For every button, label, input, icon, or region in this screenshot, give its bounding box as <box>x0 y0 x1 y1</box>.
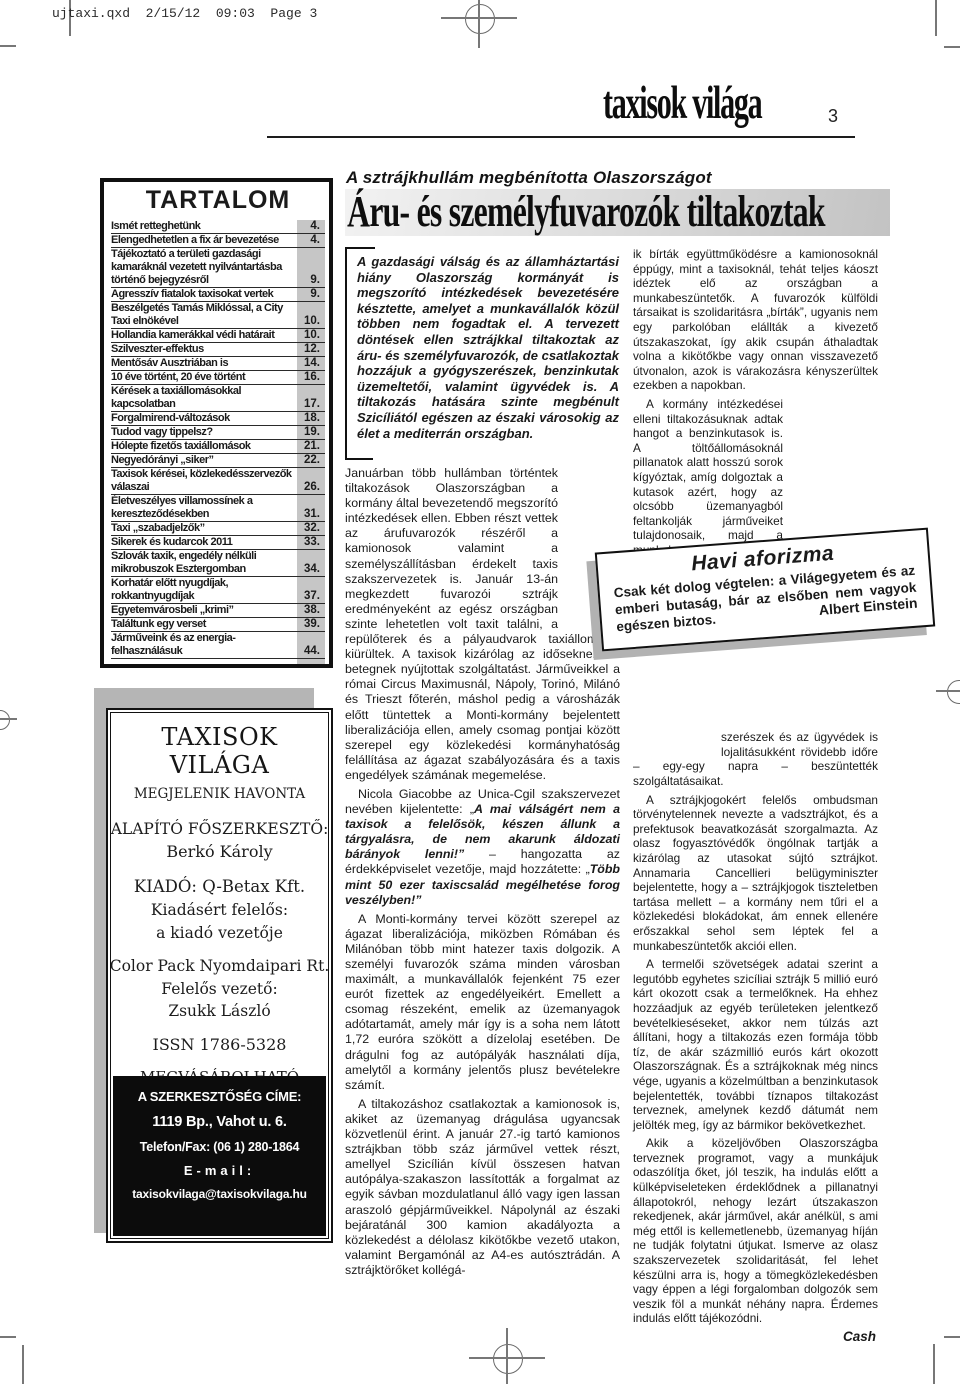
toc-entry: Tájékoztató a területi gazdasági kamarák… <box>111 248 325 288</box>
toc-entry: Szilveszter-effektus12. <box>111 343 325 357</box>
toc-entry-page: 34. <box>297 563 325 576</box>
toc-entry-page: 44. <box>297 645 325 658</box>
paragraph: ik bírták együttműködésre a kamionosokná… <box>633 247 878 393</box>
text-wrap-spacer <box>633 715 845 730</box>
toc-entry-page: 37. <box>297 590 325 603</box>
toc-entry: Életveszélyes villamossínek a keresztező… <box>111 495 325 522</box>
toc-entry-label: Kérések a taxiállomásokkal kapcsolatban <box>111 385 297 411</box>
author-signature: Cash <box>633 1330 878 1345</box>
paragraph: A tiltakozáshoz csatlakoztak a kamionoso… <box>345 1097 620 1278</box>
registration-mark <box>506 1328 508 1384</box>
masthead-line: MEGJELENIK HAVONTA <box>108 785 331 805</box>
registration-mark <box>947 680 960 704</box>
toc-entry-label: Elengedhetetlen a fix ár bevezetése <box>111 234 297 247</box>
table-of-contents: TARTALOM Ismét retteghetünk4.Elengedhete… <box>100 178 333 668</box>
toc-entry-label: Negyedórányi „siker” <box>111 454 297 467</box>
toc-entry-page: 16. <box>297 371 325 384</box>
toc-entry-label: Ismét retteghetünk <box>111 220 297 233</box>
registration-mark <box>0 710 10 730</box>
toc-entry: Ismét retteghetünk4. <box>111 220 325 234</box>
crop-mark <box>0 45 16 47</box>
print-filename-header: ujtaxi.qxd 2/15/12 09:03 Page 3 <box>52 6 317 21</box>
toc-entry-label: Szlovák taxik, engedély nélküli mikrobus… <box>111 550 297 576</box>
toc-entry: Hólepte fizetős taxiállomások21. <box>111 440 325 454</box>
masthead-line: ISSN 1786-5328 <box>108 1033 331 1056</box>
toc-entry: Kérések a taxiállomásokkal kapcsolatban1… <box>111 385 325 412</box>
toc-entry-page: 10. <box>297 329 325 342</box>
toc-entry-label: Forgalmirend-változások <box>111 412 297 425</box>
toc-list: Ismét retteghetünk4.Elengedhetetlen a fi… <box>111 220 325 659</box>
registration-mark <box>478 0 480 48</box>
registration-mark <box>493 1344 523 1374</box>
toc-entry: Szlovák taxik, engedély nélküli mikrobus… <box>111 550 325 577</box>
toc-entry-label: Tájékoztató a területi gazdasági kamarák… <box>111 248 297 287</box>
magazine-page-scan: ujtaxi.qxd 2/15/12 09:03 Page 3 taxisok … <box>0 0 960 1384</box>
masthead-line: KIADÓ: Q-Betax Kft. <box>108 875 331 899</box>
address-line: E-mail: <box>113 1159 326 1183</box>
header-rule <box>267 136 855 138</box>
toc-entry: Forgalmirend-változások18. <box>111 412 325 426</box>
masthead-title: TAXISOK VILÁGA <box>110 723 329 779</box>
toc-entry: Beszélgetés Tamás Miklóssal, a City Taxi… <box>111 302 325 329</box>
crop-mark <box>933 1344 935 1384</box>
toc-entry-page: 19. <box>297 426 325 439</box>
toc-entry-label: Találtunk egy verset <box>111 618 297 631</box>
toc-entry-page: 12. <box>297 343 325 356</box>
toc-entry-label: Hólepte fizetős taxiállomások <box>111 440 297 453</box>
toc-entry-label: Szilveszter-effektus <box>111 343 297 356</box>
toc-entry: Járműveink és az energia-felhasználásuk4… <box>111 632 325 659</box>
paragraph: Januárban több hullámban történtek tilta… <box>345 466 620 783</box>
article-headline: Áru- és személyfuvarozók tiltakoztak <box>345 189 825 235</box>
toc-entry-label: 10 éve történt, 20 éve történt <box>111 371 297 384</box>
toc-entry: Korhatár előtt nyugdíjak, rokkantnyugdíj… <box>111 577 325 604</box>
toc-entry-label: Sikerek és kudarcok 2011 <box>111 536 297 549</box>
toc-entry-page: 32. <box>297 522 325 535</box>
toc-entry-page: 33. <box>297 536 325 549</box>
toc-title: TARTALOM <box>111 186 325 215</box>
registration-mark <box>0 718 17 720</box>
masthead-line: Berkó Károly <box>108 840 331 863</box>
toc-entry-label: Életveszélyes villamossínek a keresztező… <box>111 495 297 521</box>
crop-mark <box>935 0 937 36</box>
editorial-address-box: A SZERKESZTŐSÉG CÍME:1119 Bp., Vahot u. … <box>113 1076 326 1236</box>
paragraph: Akik a közeljövőben Olaszországba tervez… <box>633 1136 878 1326</box>
toc-entry-page: 10. <box>297 315 325 328</box>
masthead-line: a kiadó vezetője <box>108 922 331 944</box>
address-line: Telefon/Fax: (06 1) 280-1864 <box>113 1136 326 1159</box>
toc-entry-label: Agresszív fiatalok taxisokat vertek <box>111 288 297 301</box>
toc-entry-label: Beszélgetés Tamás Miklóssal, a City Taxi… <box>111 302 297 328</box>
toc-entry: Agresszív fiatalok taxisokat vertek9. <box>111 288 325 302</box>
headline-band: Áru- és személyfuvarozók tiltakoztak <box>345 189 890 236</box>
toc-entry: Elengedhetetlen a fix ár bevezetése4. <box>111 234 325 248</box>
toc-entry: Egyetemvárosbeli „krimi”38. <box>111 604 325 618</box>
toc-entry-label: Taxisok kérései, közlekedésszervezők vál… <box>111 468 297 494</box>
masthead-line: Kiadásért felelős: <box>108 899 331 921</box>
masthead-line: Color Pack Nyomdaipari Rt. <box>108 955 331 977</box>
toc-entry: Taxi „szabadjelzők”32. <box>111 522 325 536</box>
toc-entry: Találtunk egy verset39. <box>111 618 325 632</box>
masthead-box: TAXISOK VILÁGA MEGJELENIK HAVONTAALAPÍTÓ… <box>106 708 333 1243</box>
article-kicker: A sztrájkhullám megbénította Olaszország… <box>346 168 712 188</box>
crop-mark <box>944 46 960 48</box>
address-line: A SZERKESZTŐSÉG CÍME: <box>113 1085 326 1109</box>
masthead-line: Felelős vezető: <box>108 978 331 1000</box>
toc-entry-page: 39. <box>297 618 325 631</box>
toc-entry-page: 14. <box>297 357 325 370</box>
toc-entry-label: Hollandia kamerákkal védi határait <box>111 329 297 342</box>
article-column-2: ik bírták együttműködésre a kamionosokná… <box>633 247 878 1345</box>
toc-entry-label: Mentősáv Ausztriában is <box>111 357 297 370</box>
crop-mark <box>944 1336 960 1338</box>
crop-mark <box>22 1345 24 1384</box>
paragraph: Nicola Giacobbe az Unica-Cgil szakszerve… <box>345 787 620 908</box>
toc-entry-label: Taxi „szabadjelzők” <box>111 522 297 535</box>
toc-entry-page: 17. <box>297 398 325 411</box>
toc-entry: 10 éve történt, 20 éve történt16. <box>111 371 325 385</box>
toc-entry-page: 18. <box>297 412 325 425</box>
address-line: taxisokvilaga@taxisokvilaga.hu <box>113 1183 326 1205</box>
paragraph: szerészek és az ügyvédek is lojalitásukk… <box>633 715 878 788</box>
toc-entry-label: Tudod vagy tippelsz? <box>111 426 297 439</box>
address-line: 1119 Bp., Vahot u. 6. <box>113 1109 326 1136</box>
paragraph: A termelői szövetségek adatai szerint a … <box>633 957 878 1132</box>
paragraph: A Monti-kormány tervei között szerepel a… <box>345 912 620 1093</box>
magazine-logo: taxisok világa <box>603 78 761 128</box>
registration-mark <box>465 4 495 34</box>
toc-entry-page: 26. <box>297 481 325 494</box>
toc-entry-label: Egyetemvárosbeli „krimi” <box>111 604 297 617</box>
toc-entry-label: Korhatár előtt nyugdíjak, rokkantnyugdíj… <box>111 577 297 603</box>
toc-entry-page: 31. <box>297 508 325 521</box>
masthead-line: ALAPÍTÓ FŐSZERKESZTŐ: <box>108 818 331 840</box>
crop-mark <box>0 1336 16 1338</box>
toc-entry: Mentősáv Ausztriában is14. <box>111 357 325 371</box>
text-wrap-spacer <box>633 730 721 745</box>
toc-entry-label: Járműveink és az energia-felhasználásuk <box>111 632 297 658</box>
toc-entry: Tudod vagy tippelsz?19. <box>111 426 325 440</box>
toc-entry-page: 22. <box>297 454 325 467</box>
paragraph: A sztrájkjogokért felelős ombudsman törv… <box>633 793 878 954</box>
article-lead: A gazdasági válság és az államháztartási… <box>345 247 621 460</box>
toc-entry: Hollandia kamerákkal védi határait10. <box>111 329 325 343</box>
toc-entry-page: 38. <box>297 604 325 617</box>
page-number: 3 <box>828 106 838 127</box>
registration-mark <box>936 690 960 692</box>
toc-entry-page: 9. <box>297 274 325 287</box>
toc-entry-page: 9. <box>297 288 325 301</box>
article-column-1: Januárban több hullámban történtek tilta… <box>345 466 620 1282</box>
masthead-line: Zsukk László <box>108 1000 331 1022</box>
toc-entry: Sikerek és kudarcok 201133. <box>111 536 325 550</box>
toc-entry-page: 4. <box>297 234 325 247</box>
toc-entry: Taxisok kérései, közlekedésszervezők vál… <box>111 468 325 495</box>
toc-entry-page: 21. <box>297 440 325 453</box>
toc-entry-page: 4. <box>297 220 325 233</box>
toc-entry: Negyedórányi „siker”22. <box>111 454 325 468</box>
